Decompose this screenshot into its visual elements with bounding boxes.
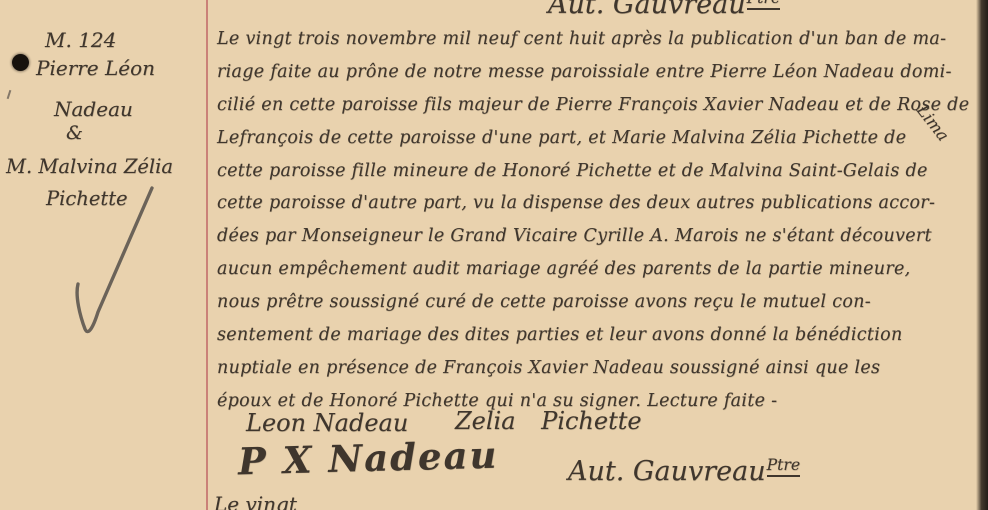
groom-signature: Leon Nadeau <box>246 409 408 437</box>
priest-title-bottom: Ptre <box>767 455 801 477</box>
record-line-7: dées par Monseigneur le Grand Vicaire Cy… <box>217 220 977 253</box>
record-line-3: cilié en cette paroisse fils majeur de P… <box>217 89 977 122</box>
record-line-2: riage faite au prône de notre messe paro… <box>217 56 977 89</box>
bride-signature: Zelia Pichette <box>455 407 642 435</box>
pencil-tick-mark <box>7 90 12 99</box>
record-line-4: Lefrançois de cette paroisse d'une part,… <box>217 122 977 155</box>
next-entry-partial-line: Le vingt <box>214 492 297 510</box>
record-line-9: nous prêtre soussigné curé de cette paro… <box>217 286 977 319</box>
pencil-checkmark <box>68 178 163 343</box>
record-body: Le vingt trois novembre mil neuf cent hu… <box>217 23 977 418</box>
record-line-11: nuptiale en présence de François Xavier … <box>217 352 977 385</box>
record-line-8: aucun empêchement audit mariage agréé de… <box>217 253 977 286</box>
page-right-edge-shadow <box>976 0 988 510</box>
witness-signature: P X Nadeau <box>237 433 498 484</box>
entry-number: M. 124 <box>45 28 116 52</box>
priest-signature-top: Aut. GauvreauPtre <box>548 0 780 20</box>
priest-title-top: Ptre <box>747 0 781 10</box>
priest-signature-top-name: Aut. Gauvreau <box>548 0 746 20</box>
register-page-scan: M. 124 Pierre Léon Nadeau & M. Malvina Z… <box>0 0 988 510</box>
priest-signature-bottom-name: Aut. Gauvreau <box>568 456 766 487</box>
margin-groom-name-line2: Nadeau <box>54 97 133 121</box>
record-line-1: Le vingt trois novembre mil neuf cent hu… <box>217 23 977 56</box>
record-line-5: cette paroisse fille mineure de Honoré P… <box>217 155 977 188</box>
priest-signature-bottom: Aut. GauvreauPtre <box>568 455 800 487</box>
margin-rule-line <box>206 0 208 510</box>
record-line-6: cette paroisse d'autre part, vu la dispe… <box>217 187 977 220</box>
margin-ampersand: & <box>66 122 83 144</box>
hole-punch-dot <box>12 54 29 71</box>
margin-groom-name-line1: Pierre Léon <box>36 56 155 80</box>
record-line-10: sentement de mariage des dites parties e… <box>217 319 977 352</box>
margin-bride-name-line1: M. Malvina Zélia <box>6 155 173 178</box>
